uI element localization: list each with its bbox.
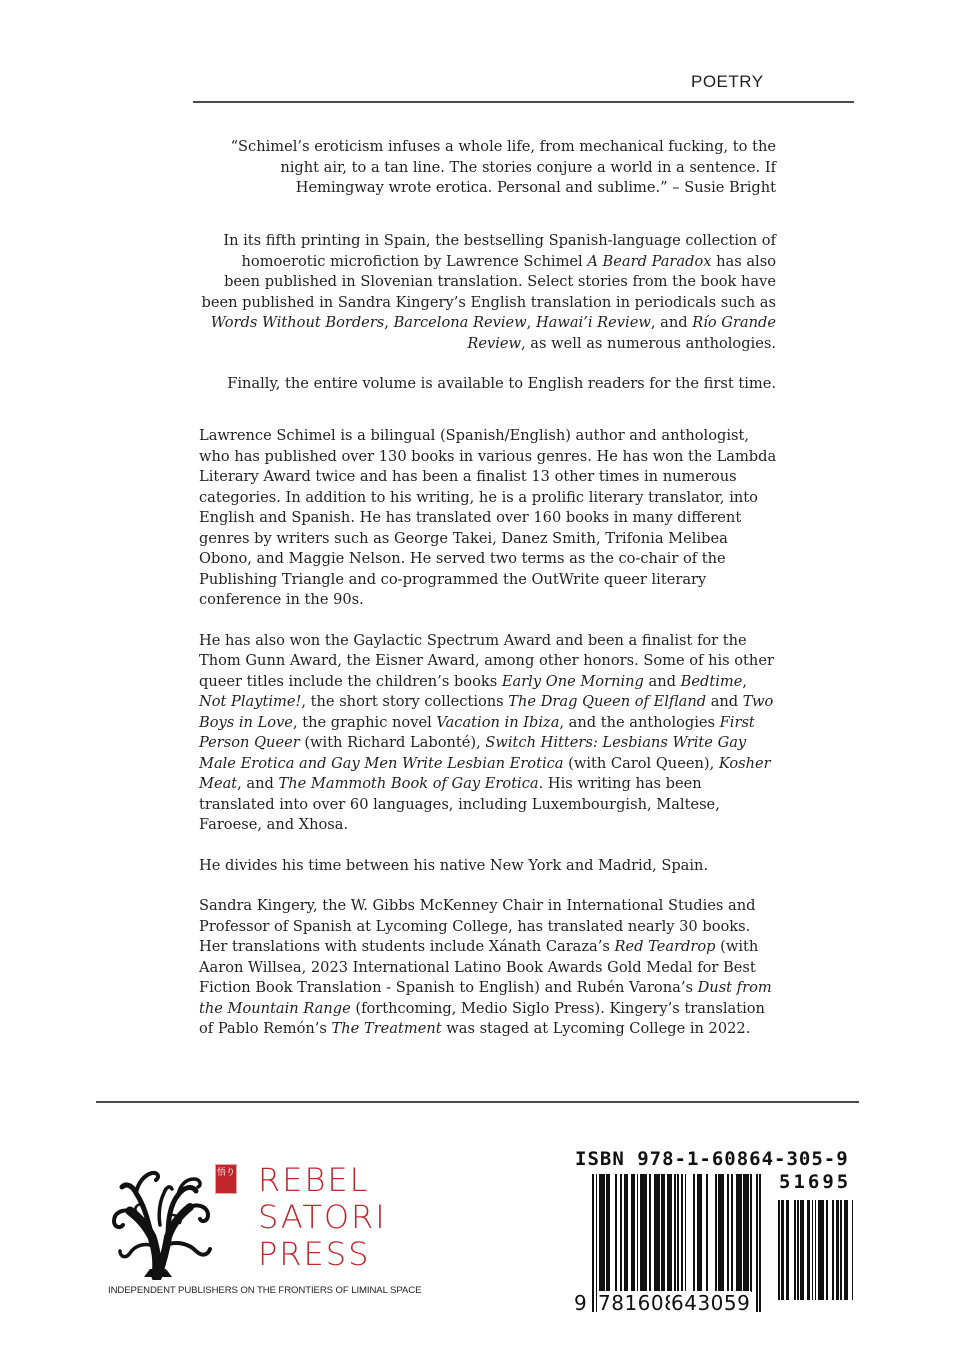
barcode-bar (722, 1174, 724, 1292)
tree-icon (108, 1165, 218, 1280)
top-rule (193, 101, 854, 103)
press-name-line: REBEL (258, 1162, 387, 1199)
barcode-bar (649, 1174, 651, 1292)
kanji-seal: 悟り (215, 1164, 237, 1194)
bottom-rule (96, 1101, 859, 1103)
addon-bar (783, 1200, 785, 1300)
book-title: Not Playtime! (199, 693, 301, 710)
author-bio: Lawrence Schimel is a bilingual (Spanish… (199, 426, 779, 1060)
addon-bar (837, 1200, 839, 1300)
book-title: Bedtime (681, 673, 743, 690)
addon-bar (797, 1200, 799, 1300)
text: , the graphic novel (293, 714, 436, 731)
barcode-bar (759, 1174, 761, 1312)
barcode-bar (750, 1174, 752, 1292)
book-title: The Drag Queen of Elfland (508, 693, 706, 710)
barcode-bar (693, 1174, 695, 1292)
category-label: POETRY (691, 72, 764, 92)
addon-bar (802, 1200, 804, 1300)
barcode-bar (645, 1174, 647, 1292)
addon-bar (812, 1200, 814, 1300)
barcode-bar (633, 1174, 635, 1292)
addon-bar (808, 1200, 810, 1300)
text: (with Carol Queen), (564, 755, 719, 772)
text: and (644, 673, 681, 690)
barcode-bar (592, 1174, 594, 1312)
text: , (527, 314, 536, 331)
text: , and the anthologies (559, 714, 719, 731)
barcode-bar (740, 1174, 742, 1292)
press-name: REBEL SATORI PRESS (258, 1162, 387, 1273)
book-title: A Beard Paradox (587, 253, 711, 270)
press-name-line: SATORI (258, 1199, 387, 1236)
periodical-title: Barcelona Review (394, 314, 527, 331)
barcode-bar (620, 1174, 622, 1292)
press-name-line: PRESS (258, 1236, 387, 1273)
review-quote: “Schimel’s eroticism infuses a whole lif… (216, 137, 776, 199)
text: , and (651, 314, 692, 331)
barcode-bar (626, 1174, 628, 1292)
ean-first-digit: 9 (574, 1291, 587, 1315)
translator-bio: Sandra Kingery, the W. Gibbs McKenney Ch… (199, 896, 779, 1040)
barcode-bar (670, 1174, 672, 1292)
barcode-bar (756, 1174, 758, 1312)
barcode-bar (603, 1174, 605, 1292)
barcode-bar (701, 1174, 703, 1292)
text: was staged at Lycoming College in 2022. (442, 1020, 751, 1037)
addon-bar (823, 1200, 825, 1300)
text: (with Richard Labonté), (300, 734, 486, 751)
barcode-bar (727, 1174, 729, 1292)
promo-paragraph: In its fifth printing in Spain, the best… (201, 231, 776, 354)
addon-bar (788, 1200, 790, 1300)
ean-right-group: 643059 (670, 1291, 751, 1315)
isbn-label: ISBN 978-1-60864-305-9 (575, 1148, 849, 1170)
addon-bar (852, 1200, 854, 1300)
addon-bar (832, 1200, 834, 1300)
barcode-bar (681, 1174, 683, 1292)
periodical-title: Hawai’i Review (536, 314, 651, 331)
bio-paragraph: He has also won the Gaylactic Spectrum A… (199, 631, 779, 836)
press-tagline: INDEPENDENT PUBLISHERS ON THE FRONTIERS … (108, 1285, 421, 1296)
periodical-title: Words Without Borders (211, 314, 385, 331)
bio-paragraph: Lawrence Schimel is a bilingual (Spanish… (199, 426, 779, 611)
isbn-barcode-block: ISBN 978-1-60864-305-9 51695 9 781608 64… (570, 1148, 860, 1313)
addon-bar (778, 1200, 780, 1300)
ean-left-group: 781608 (597, 1291, 678, 1315)
book-title: Vacation in Ibiza (436, 714, 559, 731)
barcode-bar (715, 1174, 717, 1292)
text: , (742, 673, 747, 690)
promo-closing: Finally, the entire volume is available … (201, 374, 776, 395)
barcode-bar (731, 1174, 733, 1292)
addon-bar (826, 1200, 828, 1300)
text: , the short story collections (301, 693, 508, 710)
barcode-bar (637, 1174, 639, 1292)
barcode-bar (663, 1174, 665, 1292)
barcode-bar (658, 1174, 660, 1292)
text: , as well as numerous anthologies. (521, 335, 776, 352)
addon-bar (840, 1200, 842, 1300)
addon-bar (847, 1200, 849, 1300)
addon-bar (794, 1200, 796, 1300)
addon-barcode (778, 1200, 863, 1300)
barcode-bar (615, 1174, 617, 1292)
addon-bar (815, 1200, 817, 1300)
text: , (384, 314, 393, 331)
barcode-bar (608, 1174, 610, 1292)
book-title: The Mammoth Book of Gay Erotica (279, 775, 539, 792)
barcode-bar (685, 1174, 687, 1292)
price-code: 51695 (779, 1171, 851, 1193)
barcode-bar (747, 1174, 749, 1292)
text: , and (237, 775, 278, 792)
bio-paragraph: He divides his time between his native N… (199, 856, 779, 877)
text: and (706, 693, 743, 710)
publisher-logo: 悟り REBEL SATORI PRESS INDEPENDENT PUBLIS… (108, 1160, 448, 1300)
barcode-bar (706, 1174, 708, 1292)
book-title: Red Teardrop (615, 938, 716, 955)
book-title: The Treatment (332, 1020, 442, 1037)
promo-section: In its fifth printing in Spain, the best… (201, 231, 776, 415)
book-title: Early One Morning (502, 673, 644, 690)
